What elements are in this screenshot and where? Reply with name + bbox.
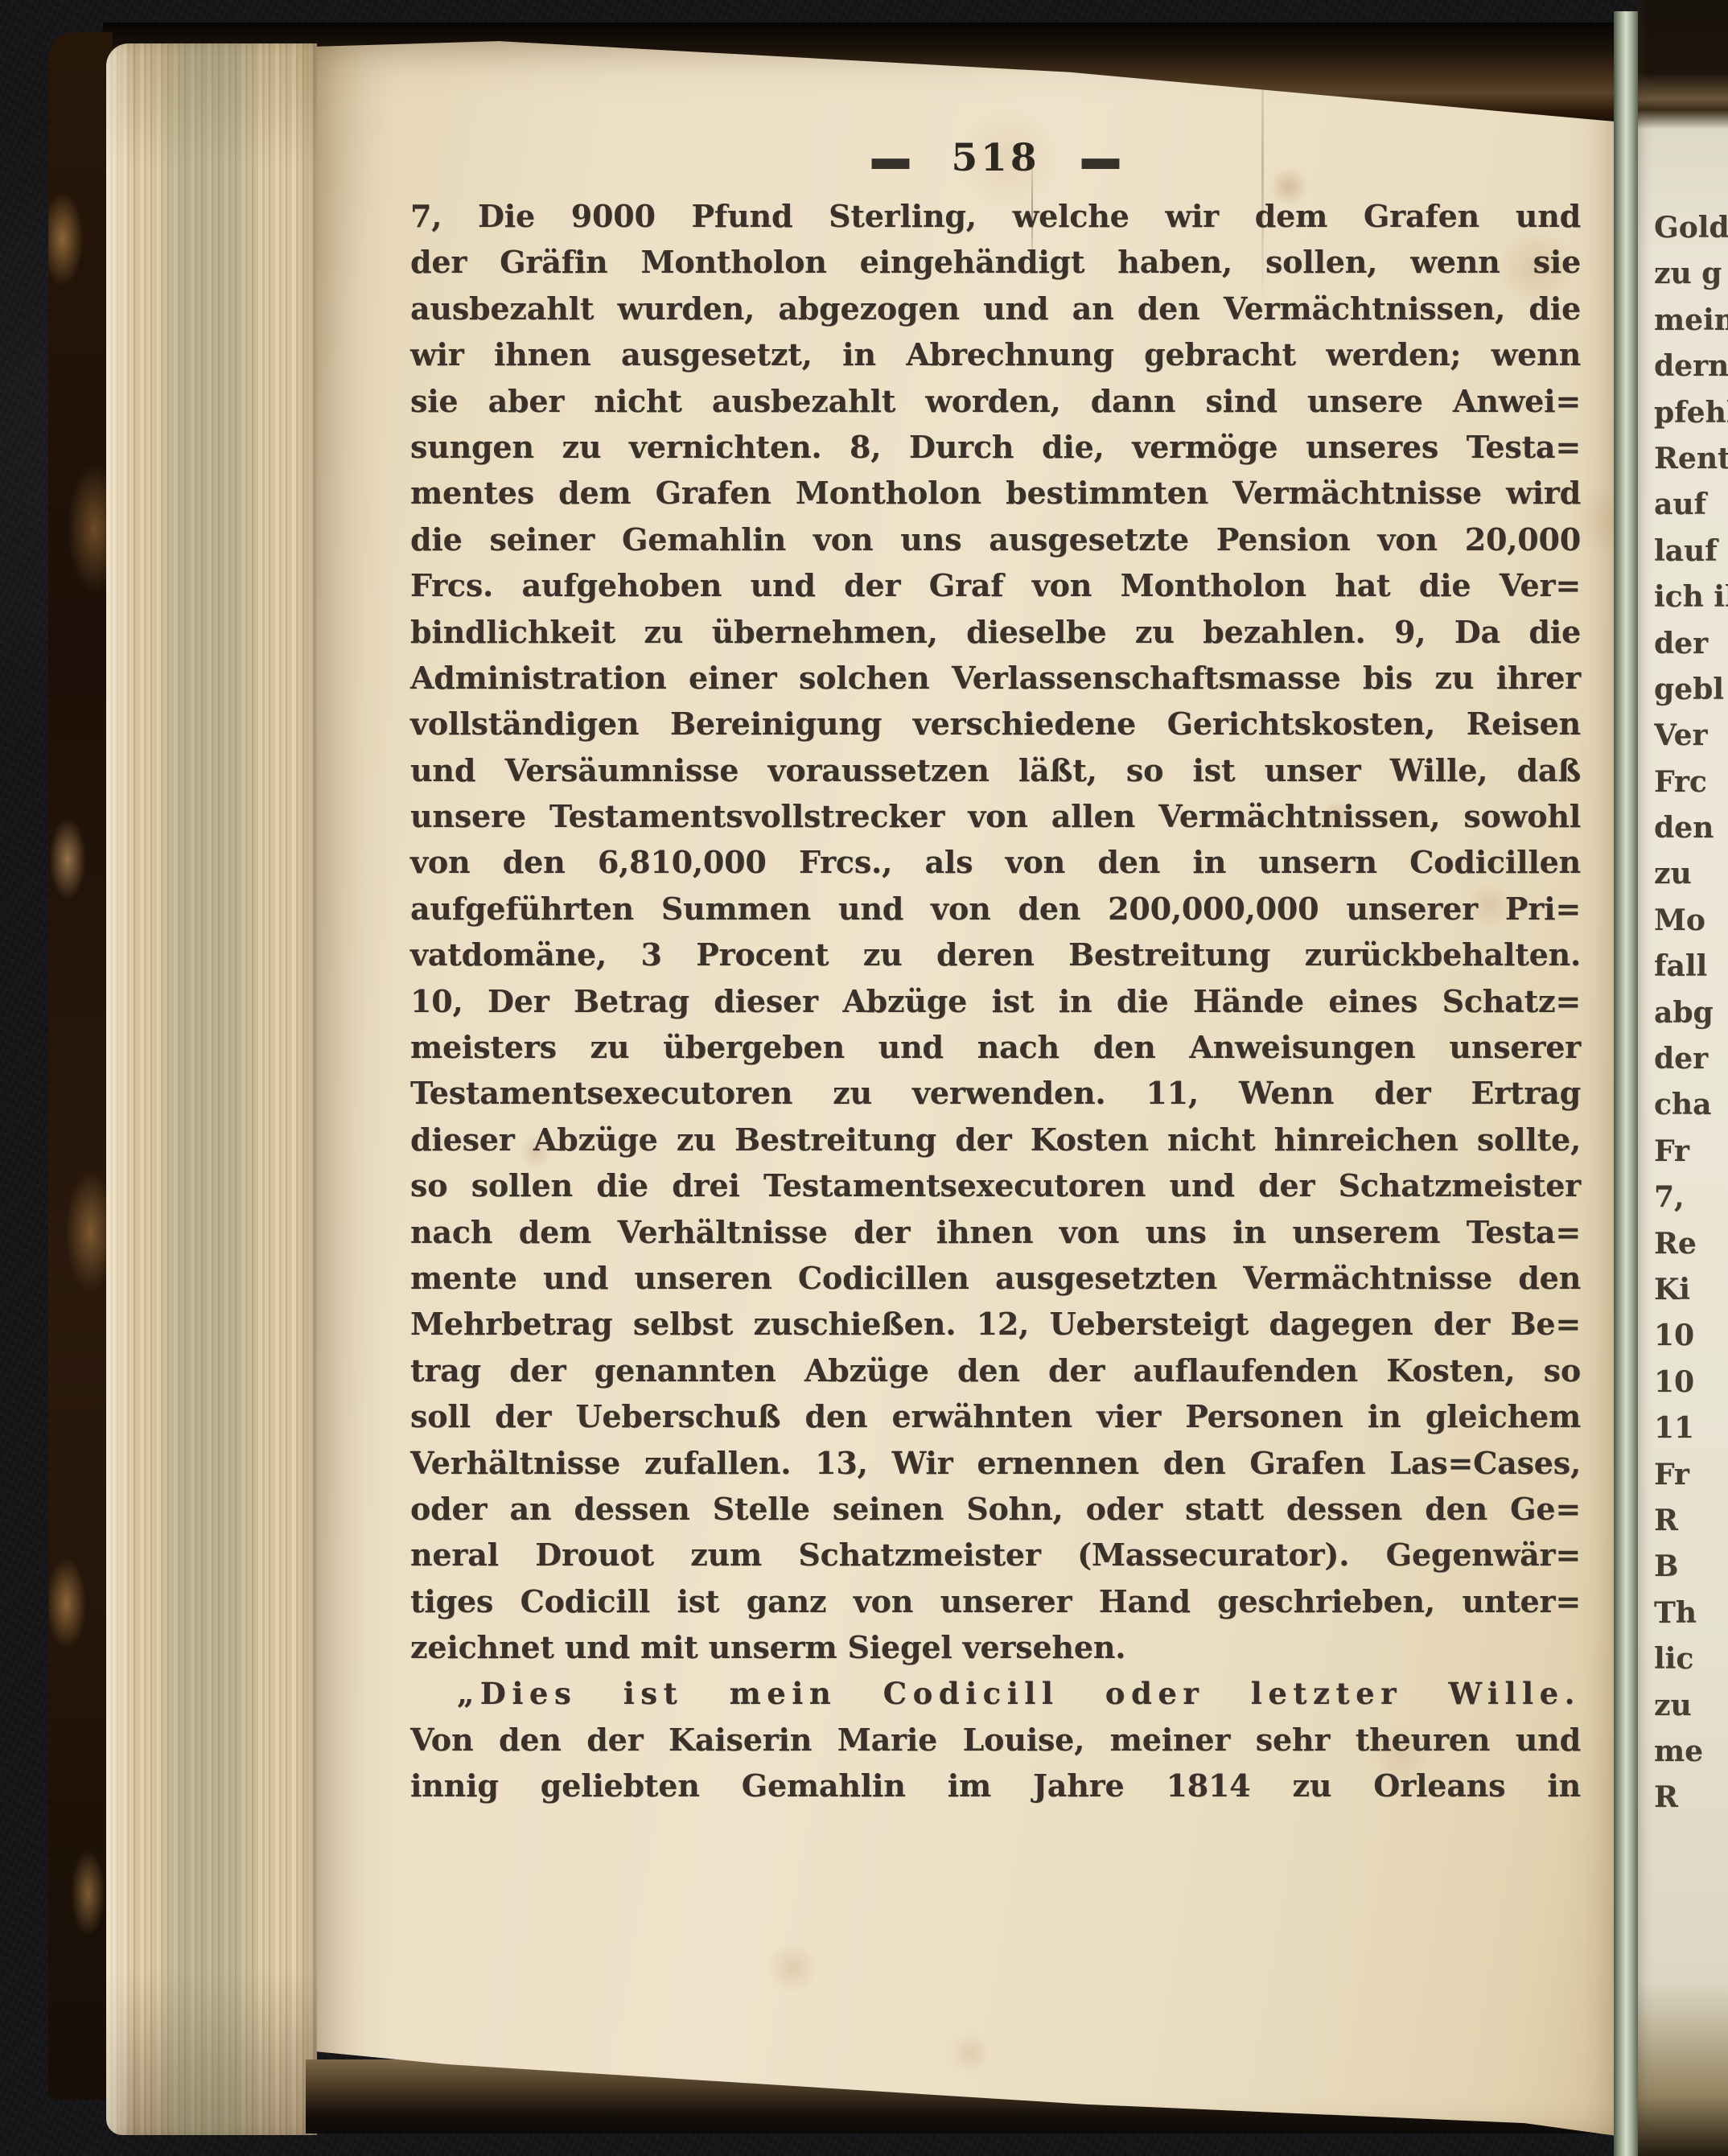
text-fragment-line: Th <box>1654 1596 1728 1642</box>
text-line: wir ihnen ausgesetzt, in Abrechnung gebr… <box>410 336 1581 382</box>
text-line: zeichnet und mit unserm Siegel versehen. <box>410 1629 1581 1675</box>
text-fragment-line: Re <box>1654 1227 1728 1273</box>
text-fragment-line: zu g <box>1654 257 1728 302</box>
text-line: der Gräfin Montholon eingehändigt haben,… <box>410 244 1581 290</box>
text-line: sie aber nicht ausbezahlt worden, dann s… <box>410 383 1581 429</box>
next-page-text-fragments: Goldzu gmeinedernpfehlRentauflaufich ihd… <box>1654 211 1728 1827</box>
text-line: vatdomäne, 3 Procent zu deren Bestreitun… <box>410 936 1581 982</box>
text-line: bindlichkeit zu übernehmen, dieselbe zu … <box>410 614 1581 660</box>
marbled-cover-edge <box>48 32 113 2100</box>
next-page-sliver: Goldzu gmeinedernpfehlRentauflaufich ihd… <box>1638 0 1728 2156</box>
text-fragment-line: Frc <box>1654 765 1728 811</box>
text-fragment-line: Rent <box>1654 442 1728 488</box>
text-line: tiges Codicill ist ganz von unserer Hand… <box>410 1583 1581 1629</box>
text-fragment-line: lic <box>1654 1642 1728 1688</box>
text-fragment-line: zu <box>1654 857 1728 903</box>
text-line: ausbezahlt wurden, abgezogen und an den … <box>410 290 1581 336</box>
text-line: neral Drouot zum Schatzmeister (Massecur… <box>410 1537 1581 1582</box>
text-fragment-line: gebl <box>1654 673 1728 718</box>
body-text: 7, Die 9000 Pfund Sterling, welche wir d… <box>410 198 1581 1814</box>
text-line: oder an dessen Stelle seinen Sohn, oder … <box>410 1491 1581 1537</box>
text-line: Testamentsexecutoren zu verwenden. 11, W… <box>410 1075 1581 1121</box>
header-dash-left: — <box>870 113 912 201</box>
text-fragment-line: der <box>1654 1042 1728 1088</box>
text-fragment-line: 11 <box>1654 1411 1728 1457</box>
text-fragment-line: auf <box>1654 488 1728 533</box>
text-fragment-line: Fr <box>1654 1458 1728 1504</box>
text-line: trag der genannten Abzüge den der auflau… <box>410 1352 1581 1398</box>
text-fragment-line: Ver <box>1654 718 1728 764</box>
text-fragment-line: R <box>1654 1780 1728 1826</box>
text-fragment-line: zu <box>1654 1689 1728 1734</box>
text-line: innig geliebten Gemahlin im Jahre 1814 z… <box>410 1767 1581 1813</box>
text-fragment-line: 7, <box>1654 1180 1728 1226</box>
text-fragment-line: der <box>1654 627 1728 673</box>
text-fragment-line: den <box>1654 811 1728 857</box>
text-line: Administration einer solchen Verlassensc… <box>410 660 1581 706</box>
text-line: Mehrbetrag selbst zuschießen. 12, Uebers… <box>410 1306 1581 1352</box>
text-line: und Versäumnisse voraussetzen läßt, so i… <box>410 752 1581 798</box>
text-line: soll der Ueberschuß den erwähnten vier P… <box>410 1398 1581 1444</box>
page-header: — 518 — <box>410 129 1581 187</box>
text-fragment-line: B <box>1654 1549 1728 1595</box>
text-line: nach dem Verhältnisse der ihnen von uns … <box>410 1214 1581 1260</box>
text-line: aufgeführten Summen und von den 200,000,… <box>410 891 1581 936</box>
text-fragment-line: 10 <box>1654 1319 1728 1364</box>
text-line: unsere Testamentsvollstrecker von allen … <box>410 798 1581 844</box>
header-dash-right: — <box>1079 113 1121 201</box>
text-fragment-line: Fr <box>1654 1134 1728 1180</box>
text-line: Frcs. aufgehoben und der Graf von Montho… <box>410 567 1581 613</box>
text-line: sungen zu vernichten. 8, Durch die, verm… <box>410 429 1581 475</box>
text-fragment-line: me <box>1654 1734 1728 1780</box>
text-fragment-line: fall <box>1654 949 1728 995</box>
text-line: „Dies ist mein Codicill oder letzter Wil… <box>410 1676 1581 1722</box>
text-line: die seiner Gemahlin von uns ausgesetzte … <box>410 521 1581 567</box>
text-fragment-line: R <box>1654 1504 1728 1549</box>
text-fragment-line: abg <box>1654 996 1728 1042</box>
page-gap-edge <box>1614 11 1638 2156</box>
text-fragment-line: dern <box>1654 349 1728 395</box>
text-line: dieser Abzüge zu Bestreitung der Kosten … <box>410 1121 1581 1167</box>
text-fragment-line: Ki <box>1654 1273 1728 1319</box>
text-line: mentes dem Grafen Montholon bestimmten V… <box>410 475 1581 520</box>
text-fragment-line: ich ih <box>1654 580 1728 626</box>
text-fragment-line: Mo <box>1654 903 1728 949</box>
text-fragment-line: Gold <box>1654 211 1728 257</box>
text-fragment-line: meine <box>1654 303 1728 349</box>
text-line: Verhältnisse zufallen. 13, Wir ernennen … <box>410 1445 1581 1491</box>
text-line: vollständigen Bereinigung verschiedene G… <box>410 706 1581 751</box>
text-fragment-line: lauf <box>1654 534 1728 580</box>
text-line: Von den der Kaiserin Marie Louise, meine… <box>410 1722 1581 1767</box>
page-number: 518 <box>951 139 1039 177</box>
text-line: 7, Die 9000 Pfund Sterling, welche wir d… <box>410 198 1581 244</box>
text-line: 10, Der Betrag dieser Abzüge ist in die … <box>410 983 1581 1029</box>
text-line: meisters zu übergeben und nach den Anwei… <box>410 1029 1581 1075</box>
book-photo-scene: — 518 — 7, Die 9000 Pfund Sterling, welc… <box>0 0 1728 2156</box>
page-edges-stack <box>106 43 317 2135</box>
text-fragment-line: 10 <box>1654 1365 1728 1411</box>
text-line: mente und unseren Codicillen ausgesetzte… <box>410 1260 1581 1306</box>
text-fragment-line: pfehl <box>1654 396 1728 442</box>
text-line: so sollen die drei Testamentsexecutoren … <box>410 1167 1581 1213</box>
book-page: — 518 — 7, Die 9000 Pfund Sterling, welc… <box>317 39 1615 2140</box>
text-line: von den 6,810,000 Frcs., als von den in … <box>410 844 1581 890</box>
text-fragment-line: cha <box>1654 1088 1728 1134</box>
